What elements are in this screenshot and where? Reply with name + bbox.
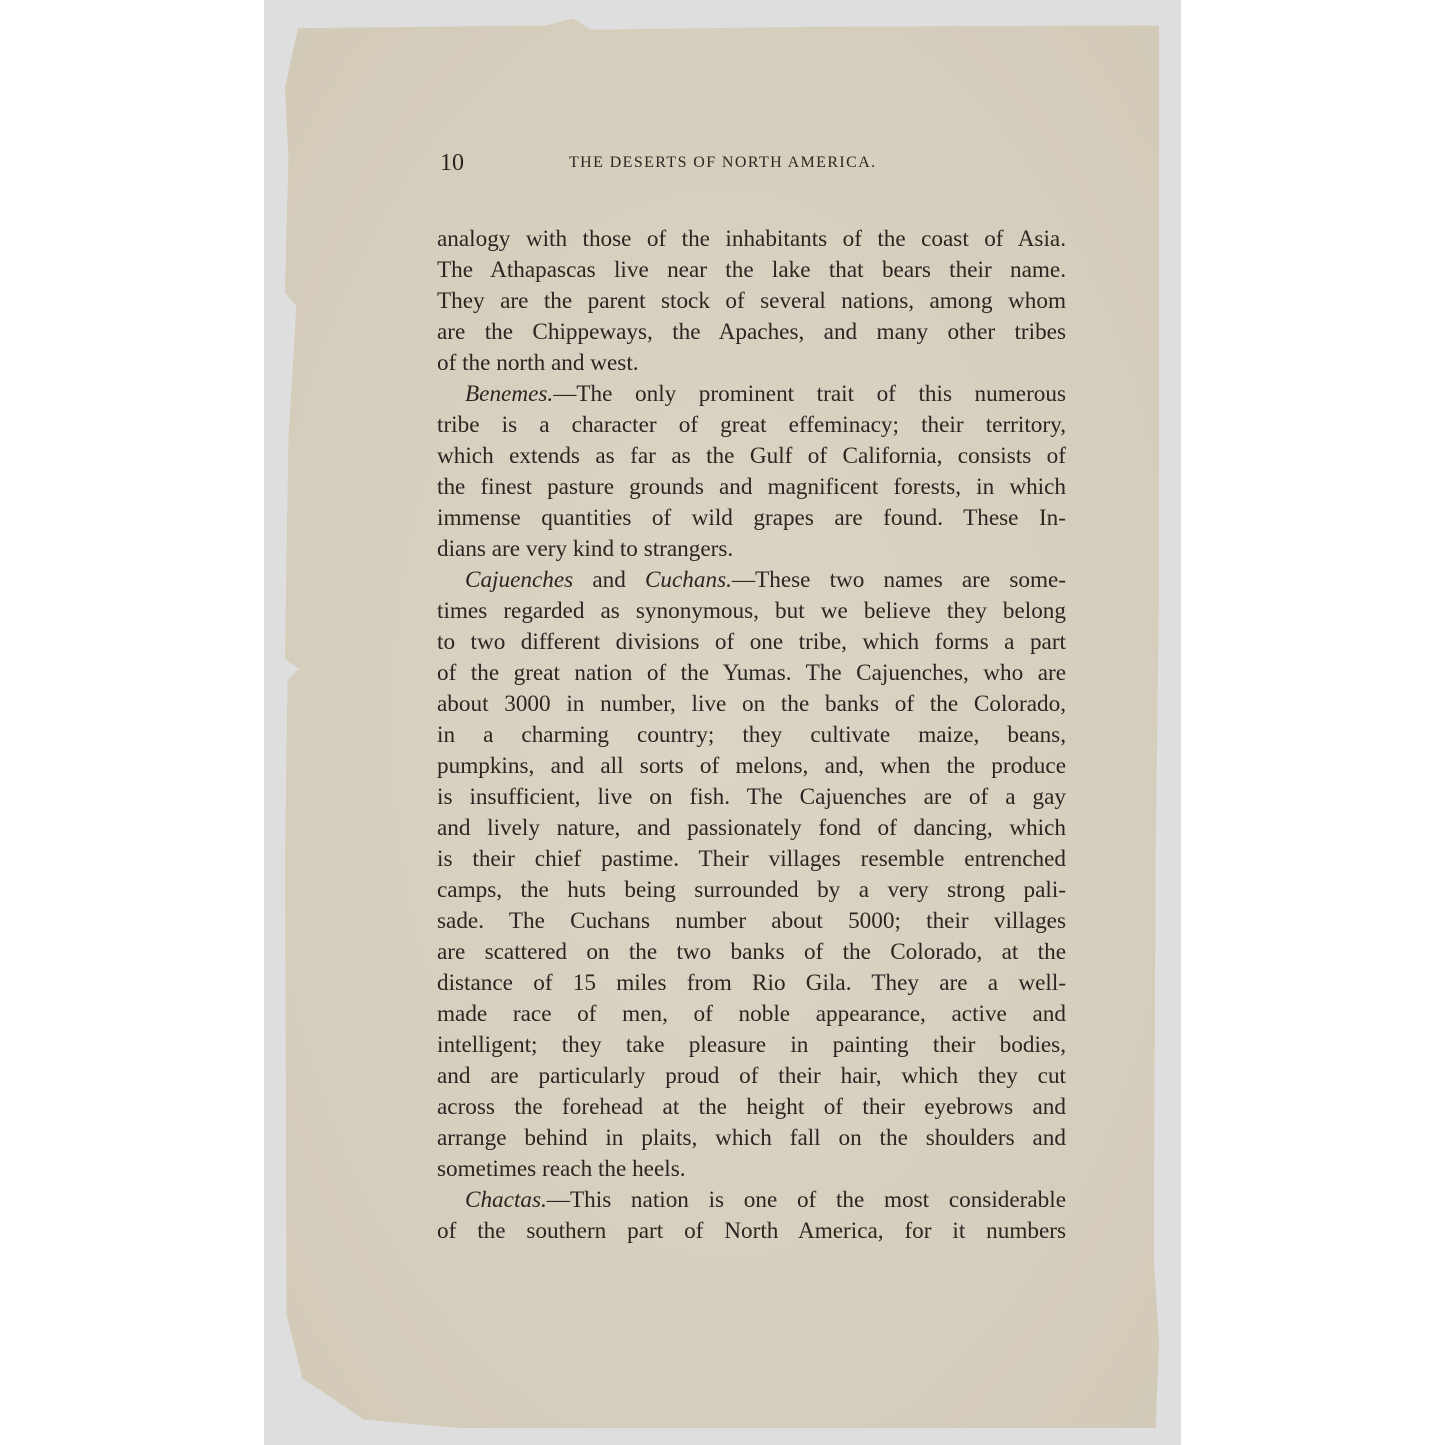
text-line: about 3000 in number, live on the banks …: [437, 689, 1066, 720]
text-line: is insufficient, live on fish. The Cajue…: [437, 782, 1066, 813]
text-line: analogy with those of the inhabitants of…: [437, 224, 1066, 255]
line-text: —The only prominent trait of this numero…: [553, 381, 1066, 407]
text-line: which extends as far as the Gulf of Cali…: [437, 441, 1066, 472]
line-text: which extends as far as the Gulf of Cali…: [437, 443, 1066, 469]
line-text: are the Chippeways, the Apaches, and man…: [437, 319, 1066, 345]
line-text: analogy with those of the inhabitants of…: [437, 226, 1066, 252]
line-text: dians are very kind to strangers.: [437, 536, 733, 562]
line-text: sometimes reach the heels.: [437, 1156, 686, 1182]
text-line: the finest pasture grounds and magnifice…: [437, 472, 1066, 503]
text-line: in a charming country; they cultivate ma…: [437, 720, 1066, 751]
body-text: analogy with those of the inhabitants of…: [437, 224, 1066, 1247]
text-line: across the forehead at the height of the…: [437, 1092, 1066, 1123]
page-content: 10 THE DESERTS OF NORTH AMERICA. analogy…: [437, 150, 1066, 1247]
text-line: dians are very kind to strangers.: [437, 534, 1066, 565]
connector-text: and: [573, 567, 645, 593]
text-line: is their chief pastime. Their villages r…: [437, 844, 1066, 875]
line-text: They are the parent stock of several nat…: [437, 288, 1066, 314]
line-text: the finest pasture grounds and magnifice…: [437, 474, 1066, 500]
text-line: and are particularly proud of their hair…: [437, 1061, 1066, 1092]
text-line: Benemes.—The only prominent trait of thi…: [437, 379, 1066, 410]
line-text: in a charming country; they cultivate ma…: [437, 722, 1066, 748]
text-line: distance of 15 miles from Rio Gila. They…: [437, 968, 1066, 999]
text-line: to two different divisions of one tribe,…: [437, 627, 1066, 658]
line-text: across the forehead at the height of the…: [437, 1094, 1066, 1120]
running-title: THE DESERTS OF NORTH AMERICA.: [569, 154, 877, 172]
text-line: Cajuenches and Cuchans.—These two names …: [437, 565, 1066, 596]
line-text: of the southern part of North America, f…: [437, 1218, 1066, 1244]
text-line: are the Chippeways, the Apaches, and man…: [437, 317, 1066, 348]
text-line: The Athapascas live near the lake that b…: [437, 255, 1066, 286]
text-line: intelligent; they take pleasure in paint…: [437, 1030, 1066, 1061]
italic-heading: Cajuenches: [465, 567, 573, 593]
line-text: and lively nature, and passionately fond…: [437, 815, 1066, 841]
text-line: pumpkins, and all sorts of melons, and, …: [437, 751, 1066, 782]
text-line: of the north and west.: [437, 348, 1066, 379]
line-text: immense quantities of wild grapes are fo…: [437, 505, 1066, 531]
line-text: made race of men, of noble appearance, a…: [437, 1001, 1066, 1027]
italic-heading: Cuchans.: [645, 567, 732, 593]
text-line: Chactas.—This nation is one of the most …: [437, 1185, 1066, 1216]
text-line: arrange behind in plaits, which fall on …: [437, 1123, 1066, 1154]
line-text: tribe is a character of great effeminacy…: [437, 412, 1066, 438]
line-text: times regarded as synonymous, but we bel…: [437, 598, 1066, 624]
line-text: distance of 15 miles from Rio Gila. They…: [437, 970, 1066, 996]
line-text: to two different divisions of one tribe,…: [437, 629, 1066, 655]
text-line: camps, the huts being surrounded by a ve…: [437, 875, 1066, 906]
text-line: They are the parent stock of several nat…: [437, 286, 1066, 317]
line-text: are scattered on the two banks of the Co…: [437, 939, 1066, 965]
line-text: —These two names are some-: [732, 567, 1066, 593]
line-text: about 3000 in number, live on the banks …: [437, 691, 1066, 717]
text-line: tribe is a character of great effeminacy…: [437, 410, 1066, 441]
line-text: sade. The Cuchans number about 5000; the…: [437, 908, 1066, 934]
line-text: is their chief pastime. Their villages r…: [437, 846, 1066, 872]
line-text: The Athapascas live near the lake that b…: [437, 257, 1066, 283]
text-line: times regarded as synonymous, but we bel…: [437, 596, 1066, 627]
text-line: sometimes reach the heels.: [437, 1154, 1066, 1185]
line-text: of the great nation of the Yumas. The Ca…: [437, 660, 1066, 686]
line-text: arrange behind in plaits, which fall on …: [437, 1125, 1066, 1151]
line-text: —This nation is one of the most consider…: [547, 1187, 1066, 1213]
page-number: 10: [440, 150, 464, 177]
line-text: pumpkins, and all sorts of melons, and, …: [437, 753, 1066, 779]
text-line: are scattered on the two banks of the Co…: [437, 937, 1066, 968]
text-line: of the southern part of North America, f…: [437, 1216, 1066, 1247]
line-text: and are particularly proud of their hair…: [437, 1063, 1066, 1089]
text-line: sade. The Cuchans number about 5000; the…: [437, 906, 1066, 937]
italic-heading: Benemes.: [465, 381, 553, 407]
text-line: of the great nation of the Yumas. The Ca…: [437, 658, 1066, 689]
italic-heading: Chactas.: [465, 1187, 547, 1213]
text-line: made race of men, of noble appearance, a…: [437, 999, 1066, 1030]
text-line: immense quantities of wild grapes are fo…: [437, 503, 1066, 534]
text-line: and lively nature, and passionately fond…: [437, 813, 1066, 844]
line-text: of the north and west.: [437, 350, 639, 376]
line-text: is insufficient, live on fish. The Cajue…: [437, 784, 1066, 810]
line-text: camps, the huts being surrounded by a ve…: [437, 877, 1066, 903]
line-text: intelligent; they take pleasure in paint…: [437, 1032, 1066, 1058]
running-head: 10 THE DESERTS OF NORTH AMERICA.: [437, 150, 1066, 190]
